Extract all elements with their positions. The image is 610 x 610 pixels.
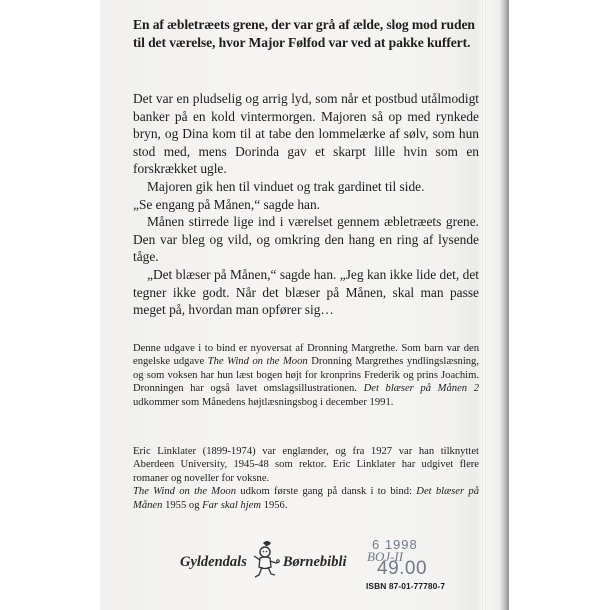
- edition-note: Denne udgave i to bind er nyoversat af D…: [133, 342, 479, 409]
- price-stamp: 6 1998 BOJ-II 49.00: [357, 536, 437, 578]
- isbn-number: ISBN 87-01-77780-7: [366, 581, 445, 591]
- text-span: udkommer som Månedens højtlæsningsbog i …: [133, 397, 393, 408]
- book-title-english: The Wind on the Moon: [208, 356, 308, 367]
- story-paragraph: Majoren gik hen til vinduet og trak gard…: [133, 178, 479, 196]
- jester-mascot-icon: [248, 539, 282, 585]
- logo-right-text: Børnebibli: [283, 554, 347, 571]
- story-paragraph: Det var en pludselig og arrig lyd, som n…: [133, 90, 479, 178]
- story-paragraph: Månen stirrede lige ind i værelset genne…: [133, 213, 479, 266]
- author-bio: Eric Linklater (1899-1974) var englænder…: [133, 445, 479, 512]
- book-title-danish-2: Far skal hjem: [202, 500, 261, 511]
- publisher-logo: Gyldendals Børnebibli: [180, 542, 347, 582]
- spine-edge: [503, 0, 509, 610]
- publication-history: The Wind on the Moon udkom første gang p…: [133, 485, 479, 512]
- text-span: udkom første gang på dansk i to bind:: [236, 486, 416, 497]
- story-excerpt: Det var en pludselig og arrig lyd, som n…: [133, 90, 479, 319]
- text-span: 1955 og: [162, 500, 202, 511]
- edition-note-text: Denne udgave i to bind er nyoversat af D…: [133, 342, 479, 409]
- stamp-price: 49.00: [377, 558, 427, 580]
- book-title-vol2: Det blæser på Månen 2: [364, 383, 479, 394]
- author-bio-text: Eric Linklater (1899-1974) var englænder…: [133, 445, 479, 485]
- story-paragraph: „Det blæser på Månen,“ sagde han. „Jeg k…: [133, 266, 479, 319]
- text-span: 1956.: [261, 500, 287, 511]
- story-paragraph: „Se engang på Månen,“ sagde han.: [133, 196, 479, 214]
- logo-left-text: Gyldendals: [180, 554, 247, 571]
- lead-paragraph: En af æbletræets grene, der var grå af æ…: [133, 16, 479, 51]
- lead-text: En af æbletræets grene, der var grå af æ…: [133, 16, 479, 51]
- book-title-english: The Wind on the Moon: [133, 486, 236, 497]
- cover-hinge: [482, 0, 486, 610]
